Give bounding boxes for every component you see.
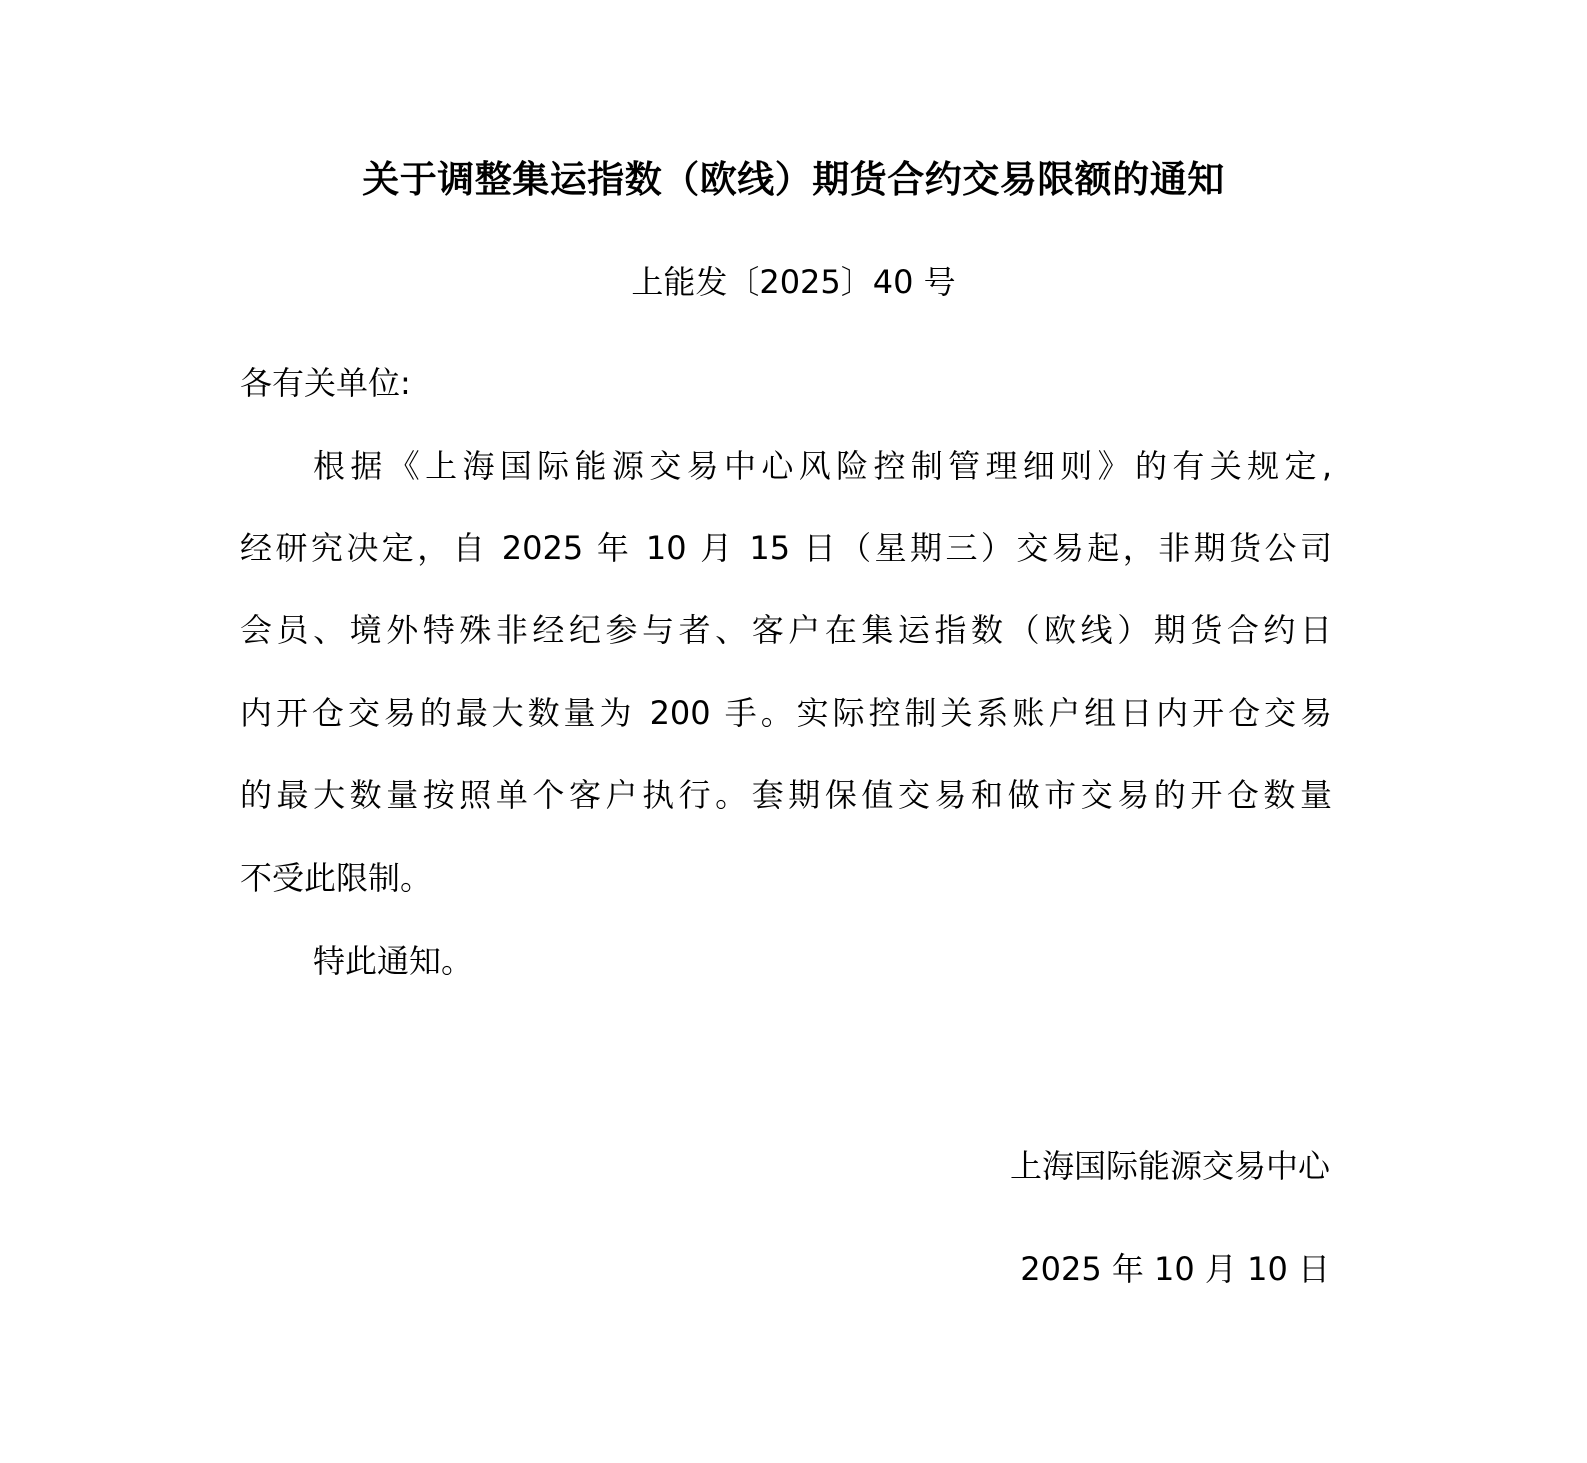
body-line: 不受此限制。 xyxy=(240,852,1332,904)
notice-document: 关于调整集运指数（欧线）期货合约交易限额的通知 上能发〔2025〕40 号 各有… xyxy=(0,0,1587,1463)
body-line: 根据《上海国际能源交易中心风险控制管理细则》的有关规定, xyxy=(313,440,1332,492)
issuer-signature: 上海国际能源交易中心 xyxy=(1010,1140,1330,1192)
body-line: 会员、境外特殊非经纪参与者、客户在集运指数（欧线）期货合约日 xyxy=(240,604,1332,656)
salutation: 各有关单位: xyxy=(240,357,1332,409)
document-number: 上能发〔2025〕40 号 xyxy=(0,256,1587,308)
closing-remark: 特此通知。 xyxy=(313,935,1332,987)
body-line: 的最大数量按照单个客户执行。套期保值交易和做市交易的开仓数量 xyxy=(240,769,1332,821)
body-line: 经研究决定，自 2025 年 10 月 15 日（星期三）交易起，非期货公司 xyxy=(240,522,1332,574)
body-line: 内开仓交易的最大数量为 200 手。实际控制关系账户组日内开仓交易 xyxy=(240,687,1332,739)
document-title: 关于调整集运指数（欧线）期货合约交易限额的通知 xyxy=(0,152,1587,208)
issue-date: 2025 年 10 月 10 日 xyxy=(1020,1243,1330,1295)
